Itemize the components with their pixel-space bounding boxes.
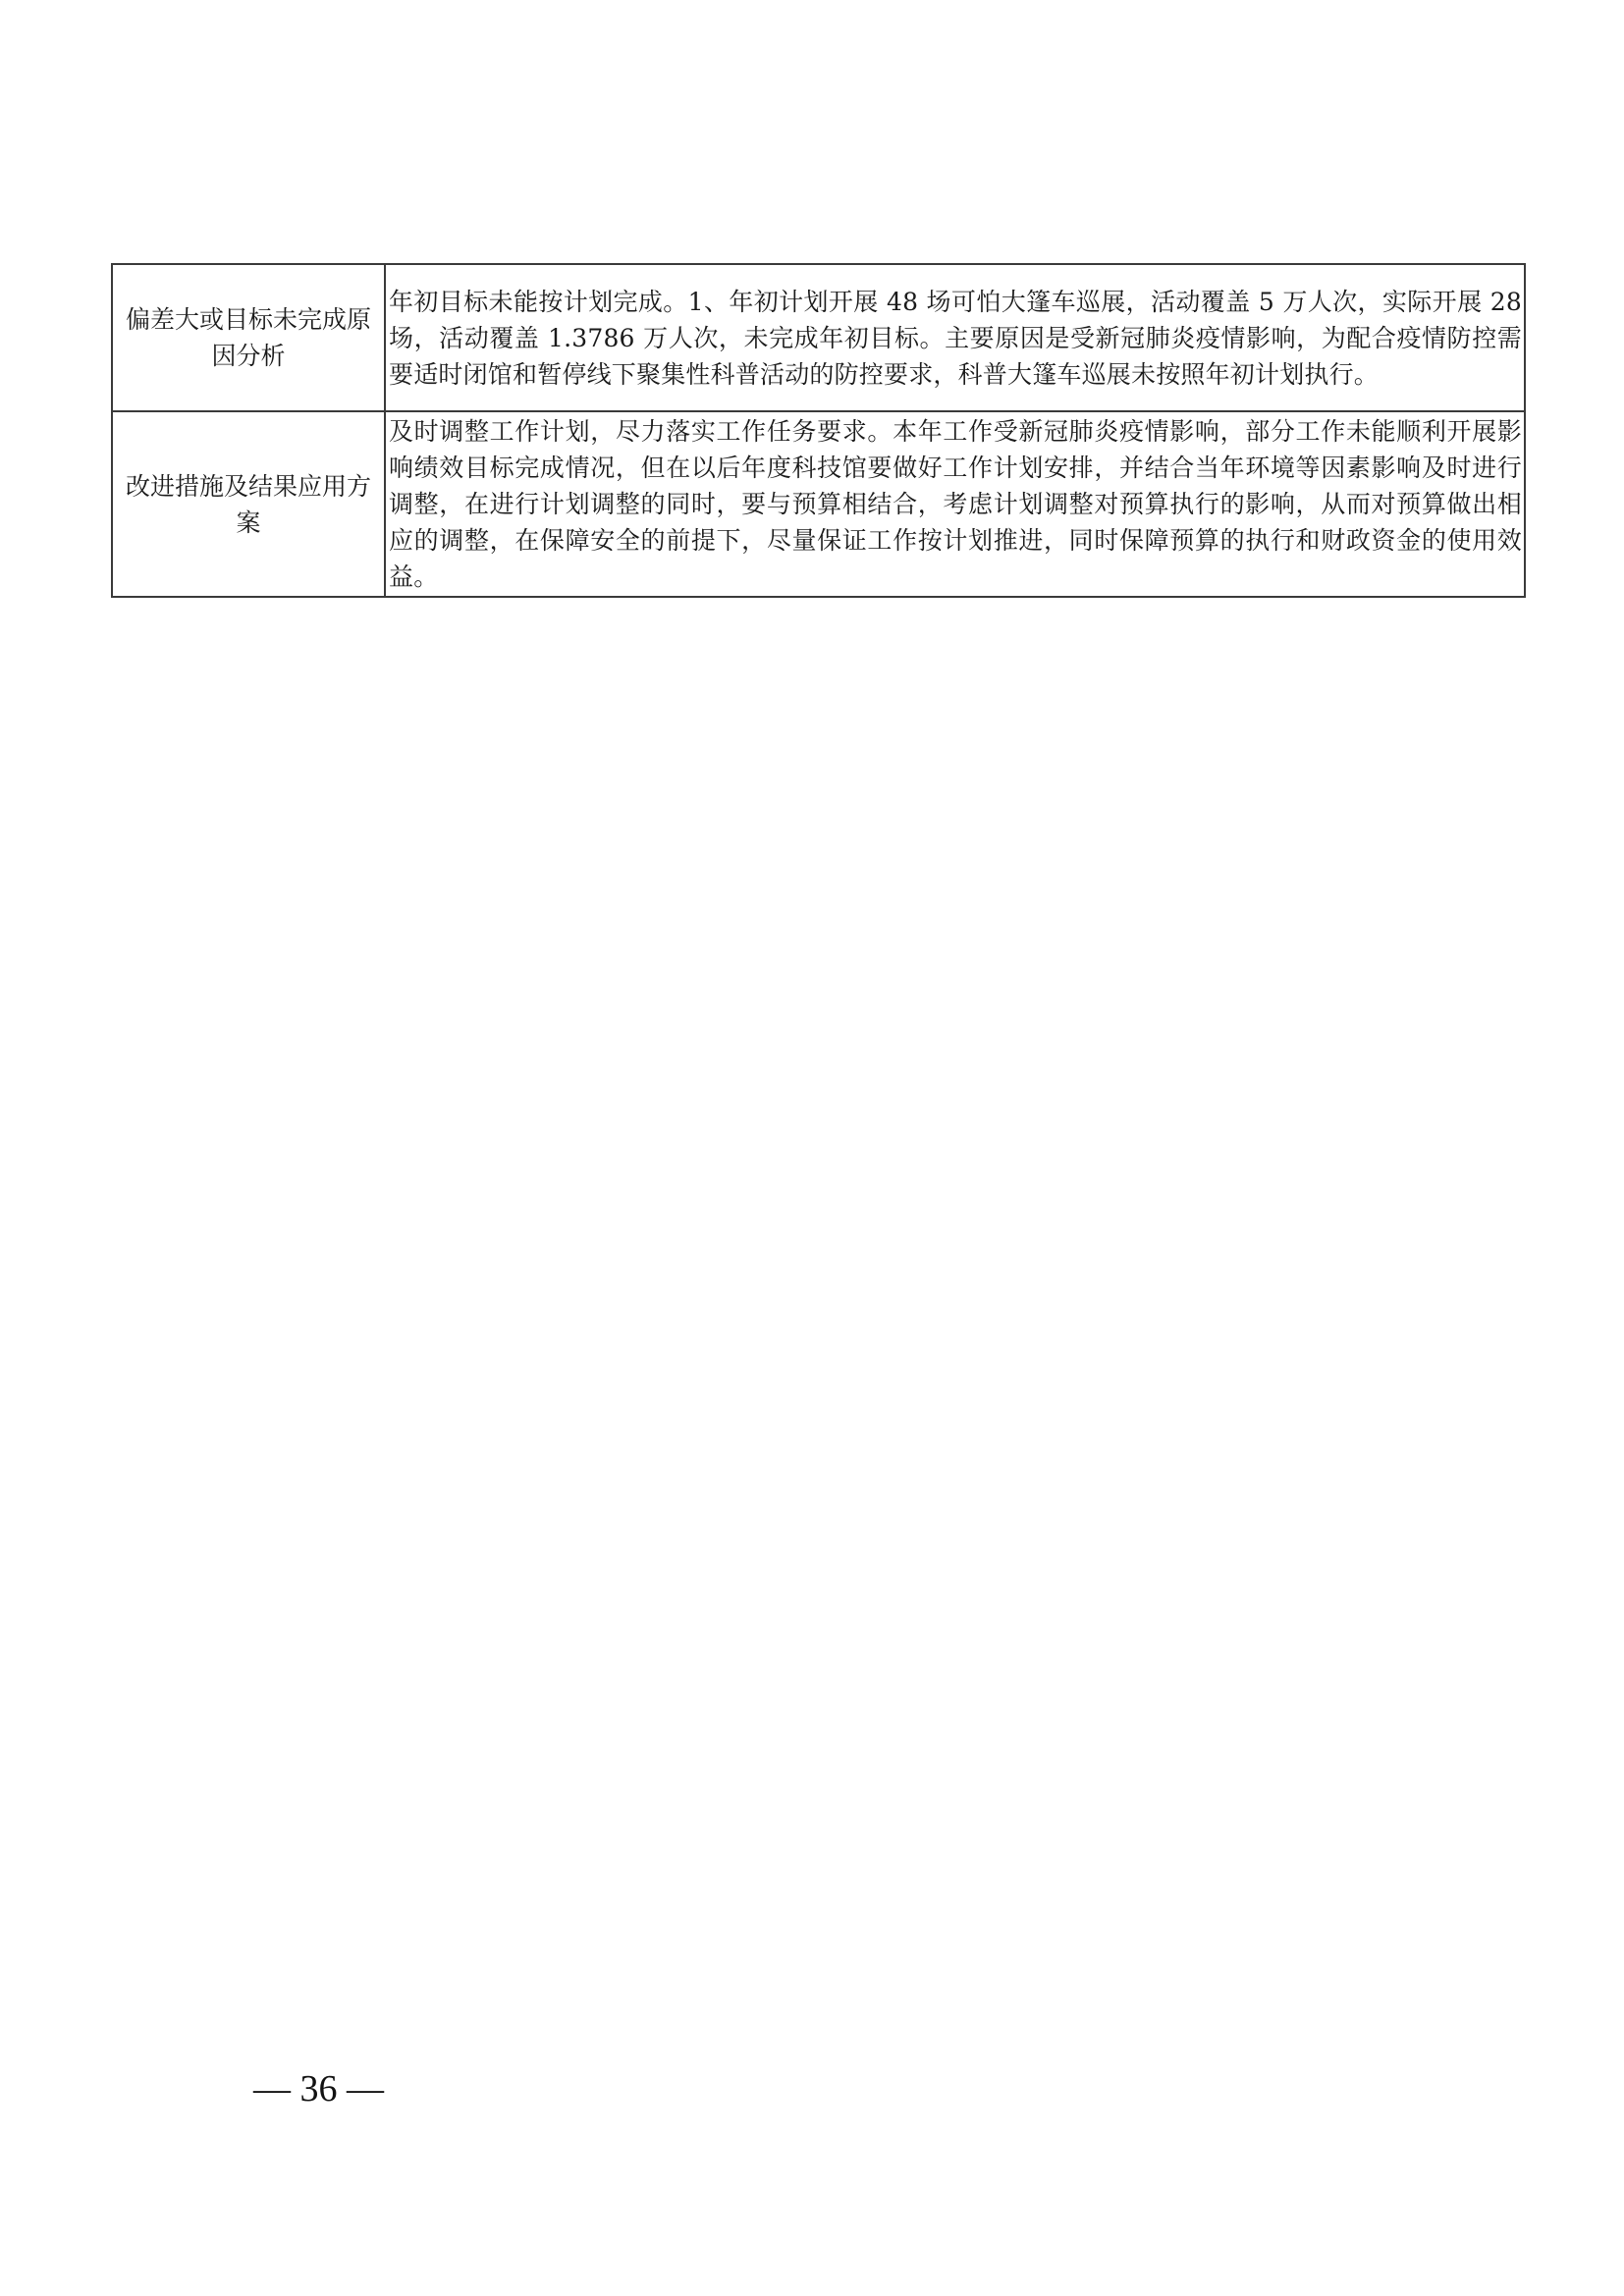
- row-content-improvement-measures: 及时调整工作计划，尽力落实工作任务要求。本年工作受新冠肺炎疫情影响，部分工作未能…: [385, 411, 1525, 597]
- page-number: — 36 —: [253, 2069, 384, 2109]
- row-content-deviation-analysis: 年初目标未能按计划完成。1、年初计划开展 48 场可怕大篷车巡展，活动覆盖 5 …: [385, 264, 1525, 411]
- performance-evaluation-table: 偏差大或目标未完成原因分析 年初目标未能按计划完成。1、年初计划开展 48 场可…: [111, 263, 1526, 598]
- row-label-deviation-analysis: 偏差大或目标未完成原因分析: [112, 264, 385, 411]
- table-row-improvement-measures: 改进措施及结果应用方案 及时调整工作计划，尽力落实工作任务要求。本年工作受新冠肺…: [112, 411, 1525, 597]
- table-row-deviation-analysis: 偏差大或目标未完成原因分析 年初目标未能按计划完成。1、年初计划开展 48 场可…: [112, 264, 1525, 411]
- row-label-improvement-measures: 改进措施及结果应用方案: [112, 411, 385, 597]
